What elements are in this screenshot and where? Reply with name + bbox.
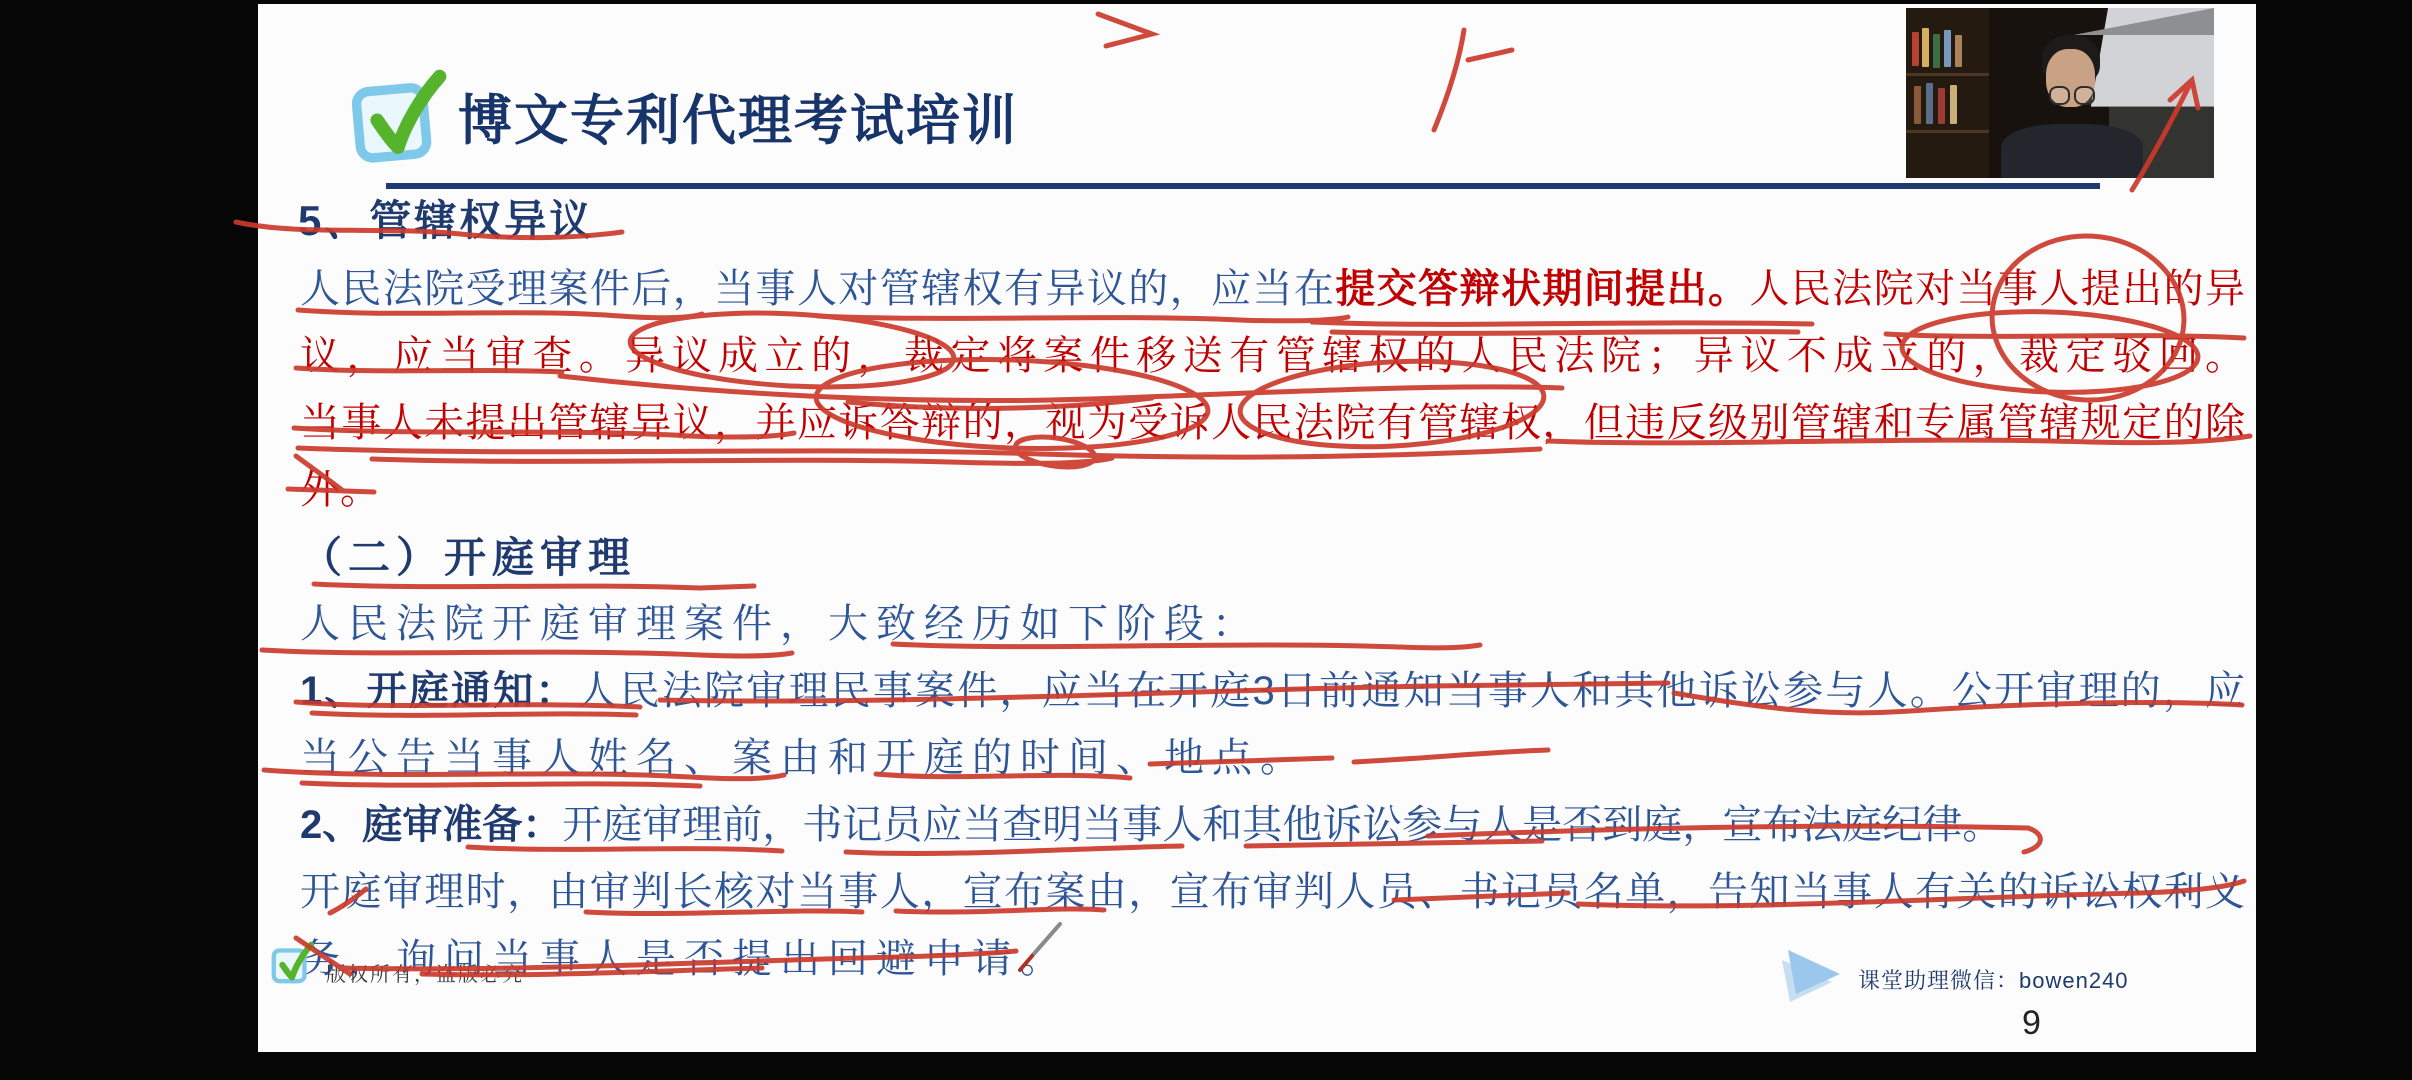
brand-title: 博文专利代理考试培训 xyxy=(458,78,1018,155)
slide-body: 人民法院受理案件后，当事人对管辖权有异议的，应当在提交答辩状期间提出。人民法院对… xyxy=(300,256,2245,993)
book-spine xyxy=(1912,32,1919,66)
book-spine xyxy=(1950,85,1957,124)
book-spine xyxy=(1938,88,1945,124)
line-3: 当事人未提出管辖异议，并应诉答辩的，视为受诉人民法院有管辖权，但违反级别管辖和专… xyxy=(300,390,2245,457)
play-triangle-icon xyxy=(1778,946,1850,1006)
subheading: （二）开庭审理 xyxy=(300,524,2245,591)
brand-bold-part: 博文 xyxy=(458,91,570,151)
book-spine xyxy=(1922,28,1929,67)
footer-checkbox-icon xyxy=(268,938,316,986)
section-heading: 5、管辖权异议 xyxy=(298,188,594,248)
book-spine xyxy=(1933,34,1940,68)
title-divider xyxy=(386,183,2100,189)
book-spine xyxy=(1944,30,1951,67)
webcam-video[interactable] xyxy=(1906,8,2214,178)
book-spine xyxy=(1955,35,1962,67)
line-4: 外。 xyxy=(300,457,2245,524)
brand-rest-part: 专利代理考试培训 xyxy=(570,91,1018,151)
line-2: 议，应当审查。异议成立的，裁定将案件移送有管辖权的人民法院；异议不成立的，裁定驳… xyxy=(300,323,2245,390)
page-number: 9 xyxy=(2022,1004,2041,1043)
brand-checkbox-icon xyxy=(346,62,450,166)
line-6: 1、开庭通知：人民法院审理民事案件，应当在开庭3日前通知当事人和其他诉讼参与人。… xyxy=(300,658,2245,725)
book-spine xyxy=(1926,83,1933,124)
screen: { "header": { "brand_bold": "博文", "brand… xyxy=(0,0,2412,1080)
line-5: 人民法院开庭审理案件，大致经历如下阶段： xyxy=(300,591,2245,658)
line-7: 当公告当事人姓名、案由和开庭的时间、地点。 xyxy=(300,725,2245,792)
copyright-text: 版权所有，盗版必究 xyxy=(326,958,524,987)
line-8: 2、庭审准备：开庭审理前，书记员应当查明当事人和其他诉讼参与人是否到庭，宣布法庭… xyxy=(300,792,2245,859)
presenter-shirt xyxy=(2001,124,2143,178)
line-9: 开庭审理时，由审判长核对当事人，宣布案由，宣布审判人员、书记员名单，告知当事人有… xyxy=(300,859,2245,926)
book-spine xyxy=(1914,86,1921,123)
assistant-wechat-text: 课堂助理微信：bowen240 xyxy=(1858,964,2129,995)
glasses-left-lens xyxy=(2049,86,2070,105)
glasses-right-lens xyxy=(2074,86,2095,105)
line-1: 人民法院受理案件后，当事人对管辖权有异议的，应当在提交答辩状期间提出。人民法院对… xyxy=(300,256,2245,323)
